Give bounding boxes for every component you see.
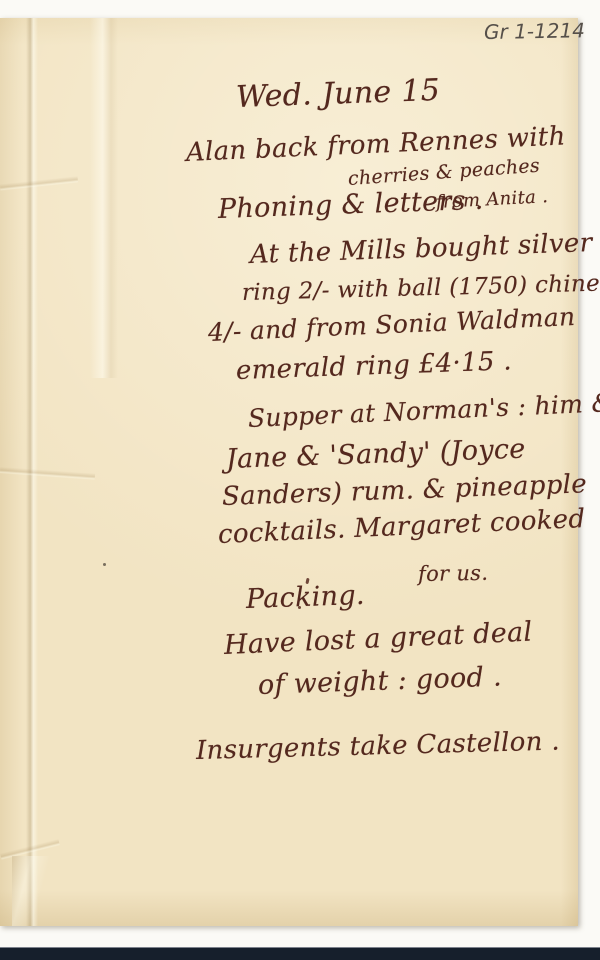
paper-wrinkle bbox=[0, 176, 78, 191]
diary-line: ring 2/- with ball (1750) chinese bbox=[242, 270, 600, 306]
diary-line: of weight : good . bbox=[257, 661, 502, 700]
entry-date-heading: Wed. June 15 bbox=[235, 73, 440, 115]
scan-dark-edge bbox=[0, 947, 600, 960]
diary-line: Jane & 'Sandy' (Joyce bbox=[225, 434, 526, 475]
diary-line-insertion: for us. bbox=[418, 561, 489, 586]
page-corner-fold bbox=[12, 856, 58, 926]
diary-line: Insurgents take Castellon . bbox=[196, 726, 561, 766]
diary-line: 4/- and from Sonia Waldman bbox=[207, 302, 576, 347]
paper-speck bbox=[103, 563, 106, 566]
diary-line: At the Mills bought silver bbox=[249, 228, 592, 270]
diary-line: Have lost a great deal bbox=[223, 617, 533, 661]
diary-line: Supper at Norman's : him & bbox=[247, 388, 600, 433]
document-scan: Gr 1-1214 Wed. June 15 Alan back from Re… bbox=[0, 0, 600, 960]
diary-line: cocktails. Margaret cooked bbox=[217, 504, 586, 550]
diary-page: Gr 1-1214 Wed. June 15 Alan back from Re… bbox=[0, 18, 578, 926]
diary-line: Packing. bbox=[245, 580, 365, 615]
archive-number: Gr 1-1214 bbox=[484, 18, 585, 44]
paper-crease-vertical bbox=[90, 18, 118, 378]
diary-line-insertion: cherries & peaches bbox=[347, 155, 540, 190]
diary-line-insertion: from Anita . bbox=[435, 186, 548, 213]
diary-line: emerald ring £4·15 . bbox=[235, 346, 512, 386]
paper-wrinkle bbox=[0, 467, 95, 481]
